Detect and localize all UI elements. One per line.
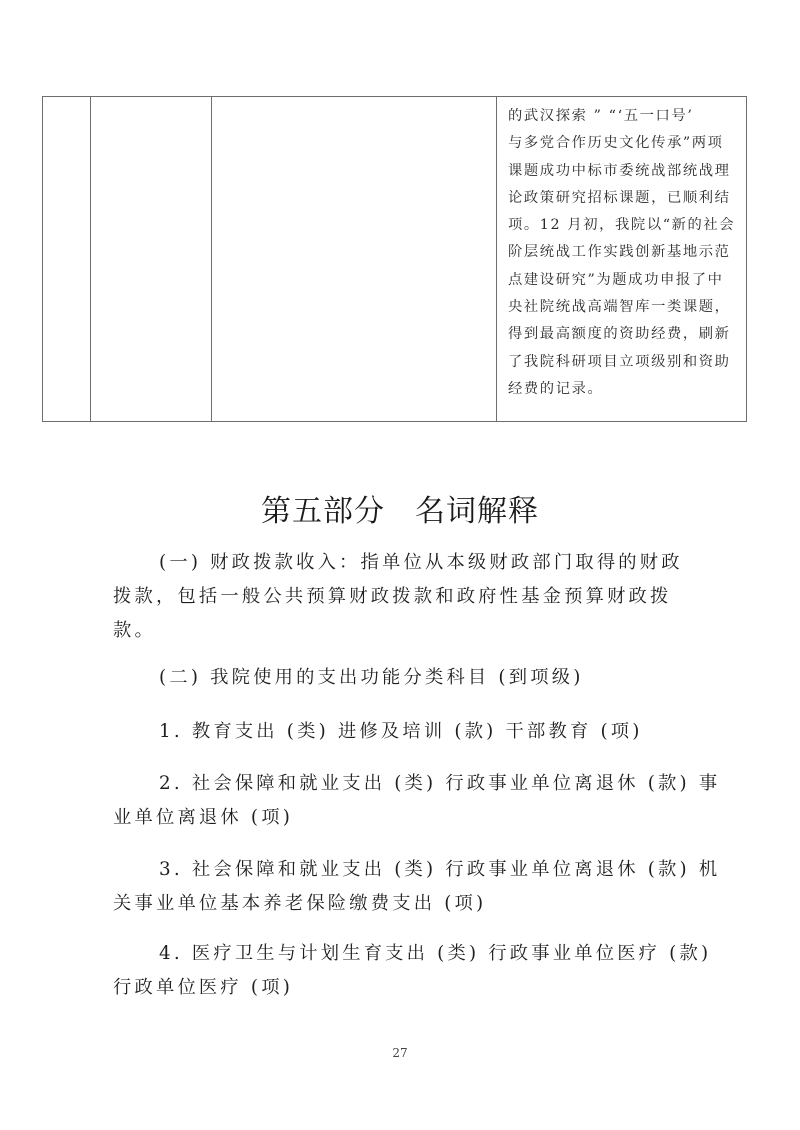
- paragraph-line: 业单位离退休 (项): [113, 801, 713, 835]
- cell-line: 课题成功中标市委统战部统战理: [508, 158, 742, 185]
- section-name: 名词解释: [415, 494, 539, 529]
- table-fragment: 的武汉探索 ” “‘五一口号’ 与多党合作历史文化传承”两项 课题成功中标市委统…: [42, 96, 747, 422]
- cell-line: 得到最高额度的资助经费，刷新: [508, 321, 742, 348]
- paragraph-line: 1. 教育支出 (类) 进修及培训 (款) 干部教育 (项): [113, 715, 713, 749]
- list-item-1: 1. 教育支出 (类) 进修及培训 (款) 干部教育 (项): [113, 715, 713, 749]
- paragraph-line: (二) 我院使用的支出功能分类科目 (到项级): [113, 661, 713, 695]
- list-item-4: 4. 医疗卫生与计划生育支出 (类) 行政事业单位医疗 (款) 行政单位医疗 (…: [113, 937, 713, 1005]
- column-divider: [211, 97, 212, 421]
- cell-line: 与多党合作历史文化传承”两项: [508, 130, 742, 157]
- page-number: 27: [0, 1046, 800, 1060]
- paragraph-line: 4. 医疗卫生与计划生育支出 (类) 行政事业单位医疗 (款): [113, 937, 713, 971]
- paragraph-expense-categories: (二) 我院使用的支出功能分类科目 (到项级): [113, 661, 713, 695]
- section-title: 第五部分名词解释: [0, 486, 800, 530]
- paragraph-line: 关事业单位基本养老保险缴费支出 (项): [113, 887, 713, 921]
- list-item-2: 2. 社会保障和就业支出 (类) 行政事业单位离退休 (款) 事 业单位离退休 …: [113, 767, 713, 835]
- cell-line: 项。12 月初，我院以“新的社会: [508, 212, 742, 239]
- paragraph-fiscal-appropriation: (一) 财政拨款收入：指单位从本级财政部门取得的财政 拨款，包括一般公共预算财政…: [113, 546, 713, 648]
- column-divider: [496, 97, 497, 421]
- paragraph-line: 3. 社会保障和就业支出 (类) 行政事业单位离退休 (款) 机: [113, 853, 713, 887]
- column-divider: [90, 97, 91, 421]
- cell-line: 阶层统战工作实践创新基地示范: [508, 239, 742, 266]
- cell-line: 论政策研究招标课题，已顺利结: [508, 185, 742, 212]
- table-cell-description: 的武汉探索 ” “‘五一口号’ 与多党合作历史文化传承”两项 课题成功中标市委统…: [508, 103, 742, 403]
- cell-line: 点建设研究”为题成功申报了中: [508, 267, 742, 294]
- cell-line: 了我院科研项目立项级别和资助: [508, 349, 742, 376]
- cell-line: 央社院统战高端智库一类课题，: [508, 294, 742, 321]
- paragraph-line: 行政单位医疗 (项): [113, 971, 713, 1005]
- paragraph-line: 2. 社会保障和就业支出 (类) 行政事业单位离退休 (款) 事: [113, 767, 713, 801]
- paragraph-line: (一) 财政拨款收入：指单位从本级财政部门取得的财政: [113, 546, 713, 580]
- paragraph-line: 拨款，包括一般公共预算财政拨款和政府性基金预算财政拨: [113, 580, 713, 614]
- paragraph-line: 款。: [113, 614, 713, 648]
- section-part-label: 第五部分: [261, 494, 385, 529]
- cell-line: 的武汉探索 ” “‘五一口号’: [508, 103, 742, 130]
- cell-line: 经费的记录。: [508, 376, 742, 403]
- list-item-3: 3. 社会保障和就业支出 (类) 行政事业单位离退休 (款) 机 关事业单位基本…: [113, 853, 713, 921]
